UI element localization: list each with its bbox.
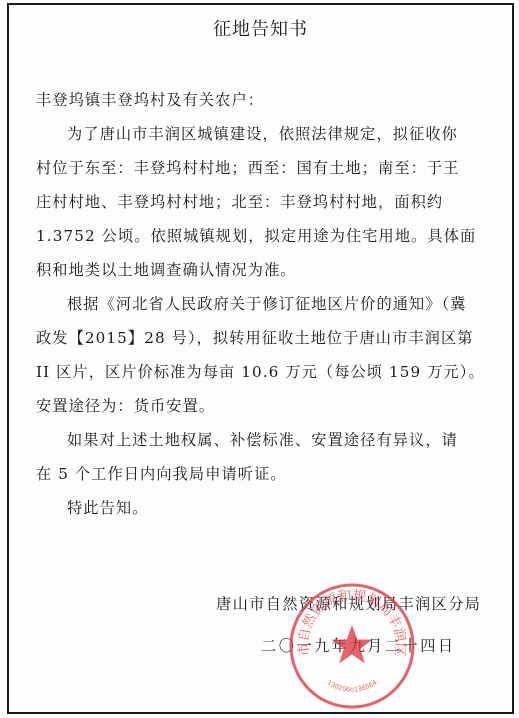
paragraph-line: 庄村村地、丰登坞村村地；北至：丰登坞村村地，面积约: [36, 191, 443, 212]
paragraph-line: 村位于东至：丰登坞村村地；西至：国有土地；南至：于王: [36, 157, 459, 178]
paragraph-line: 安置途径为：货币安置。: [36, 395, 215, 416]
paragraph-line: 根据《河北省人民政府关于修订征地区片价的通知》（冀: [67, 293, 467, 314]
paragraph-line: 为了唐山市丰润区城镇建设，依照法律规定，拟征收你: [67, 123, 458, 144]
paragraph-line: 1.3752 公顷。依照城镇规划，拟定用途为住宅用地。具体面: [36, 225, 476, 246]
paragraph-line: 政发【2015】28 号），拟转用征收土地位于唐山市丰润区第: [36, 327, 474, 348]
paragraph-line: 在 5 个工作日内向我局申请听证。: [36, 463, 287, 484]
document-page: 征地告知书 丰登坞镇丰登坞村及有关农户： 为了唐山市丰润区城镇建设，依照法律规定…: [7, 3, 514, 714]
closing-line: 特此告知。: [67, 497, 148, 518]
paragraph-line: II 区片，区片价标准为每亩 10.6 万元（每公顷 159 万元）。: [36, 361, 485, 382]
salutation: 丰登坞镇丰登坞村及有关农户：: [36, 89, 264, 110]
paragraph-line: 积和地类以土地调查确认情况为准。: [36, 259, 297, 280]
signature-organization: 唐山市自然资源和规划局丰润区分局: [216, 593, 481, 614]
document-title: 征地告知书: [9, 15, 512, 41]
signature-date: 二〇一九年九月二十四日: [261, 635, 456, 656]
paragraph-line: 如果对上述土地权属、补偿标准、安置途径有异议，请: [67, 429, 458, 450]
